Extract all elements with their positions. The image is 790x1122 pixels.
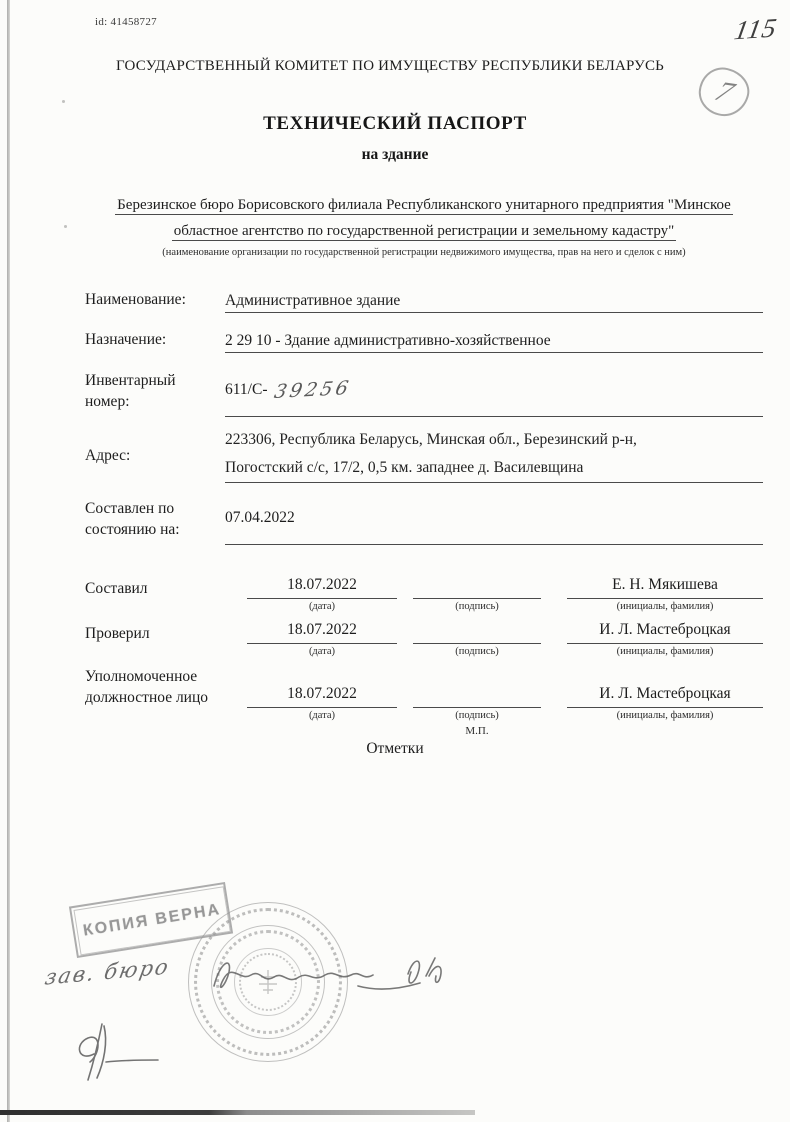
signature-cell: (подпись) М.П. xyxy=(413,685,541,725)
organization-caption: (наименование организации по государстве… xyxy=(85,247,763,258)
field-address-label: Адрес: xyxy=(85,445,210,466)
scan-speck xyxy=(64,225,67,228)
date-caption: (дата) xyxy=(247,708,397,725)
name-cell: И. Л. Мастеброцкая (инициалы, фамилия) xyxy=(567,621,763,661)
field-inventory-row: Инвентарный номер: 611/С- 39256 xyxy=(85,364,763,417)
field-address-value: 223306, Республика Беларусь, Минская обл… xyxy=(225,426,763,484)
committee-header: ГОСУДАРСТВЕННЫЙ КОМИТЕТ ПО ИМУЩЕСТВУ РЕС… xyxy=(60,58,720,75)
handwritten-position-note: зав. бюро xyxy=(43,954,172,989)
date-value: 18.07.2022 xyxy=(247,685,397,708)
field-inventory-value: 611/С- 39256 xyxy=(225,364,763,417)
date-caption: (дата) xyxy=(247,599,397,616)
name-caption: (инициалы, фамилия) xyxy=(567,599,763,616)
address-line2: Погостский с/с, 17/2, 0,5 км. западнее д… xyxy=(225,454,763,483)
signature-line xyxy=(413,621,541,644)
field-address-row: Адрес: 223306, Республика Беларусь, Минс… xyxy=(85,426,763,484)
date-cell: 18.07.2022 (дата) xyxy=(247,685,397,725)
signature-row-authorized: Уполномоченное должностное лицо 18.07.20… xyxy=(85,666,763,725)
signature-caption: (подпись) xyxy=(413,708,541,725)
inventory-number-handwritten: 39256 xyxy=(273,377,354,403)
field-asof-value: 07.04.2022 xyxy=(225,492,763,545)
date-value: 18.07.2022 xyxy=(247,621,397,644)
signature-cell: (подпись) xyxy=(413,576,541,616)
role-label: Проверил xyxy=(85,623,247,661)
seal-place-mark: М.П. xyxy=(413,725,541,737)
field-name-row: Наименование: Административное здание xyxy=(85,284,763,313)
field-purpose-row: Назначение: 2 29 10 - Здание администрат… xyxy=(85,324,763,353)
organization-name-line2: областное агентство по государственной р… xyxy=(85,218,763,244)
signature-cell: (подпись) xyxy=(413,621,541,661)
handwritten-flourish xyxy=(66,1018,186,1088)
name-value: Е. Н. Мякишева xyxy=(567,576,763,599)
address-line1: 223306, Республика Беларусь, Минская обл… xyxy=(225,426,763,454)
name-caption: (инициалы, фамилия) xyxy=(567,708,763,725)
scan-id: id: 41458727 xyxy=(95,16,157,28)
name-value: И. Л. Мастеброцкая xyxy=(567,685,763,708)
document-title: ТЕХНИЧЕСКИЙ ПАСПОРТ xyxy=(0,113,790,135)
organization-name-line1: Березинское бюро Борисовского филиала Ре… xyxy=(85,192,763,218)
name-cell: И. Л. Мастеброцкая (инициалы, фамилия) xyxy=(567,685,763,725)
field-asof-label: Составлен по состоянию на: xyxy=(85,498,210,540)
scan-left-edge-artifact xyxy=(7,0,10,1122)
signature-caption: (подпись) xyxy=(413,599,541,616)
role-label: Составил xyxy=(85,578,247,616)
date-cell: 18.07.2022 (дата) xyxy=(247,576,397,616)
field-inventory-label: Инвентарный номер: xyxy=(85,370,210,412)
date-cell: 18.07.2022 (дата) xyxy=(247,621,397,661)
signature-line xyxy=(413,685,541,708)
inventory-number-printed: 611/С- xyxy=(225,381,267,399)
scan-speck xyxy=(62,100,65,103)
page-number-handwritten: 115 xyxy=(732,13,780,47)
name-cell: Е. Н. Мякишева (инициалы, фамилия) xyxy=(567,576,763,616)
organization-block: Березинское бюро Борисовского филиала Ре… xyxy=(85,192,763,258)
fields-section: Наименование: Административное здание На… xyxy=(85,284,763,554)
official-signature-handwritten xyxy=(208,942,458,1007)
document-page: id: 41458727 115 ГОСУДАРСТВЕННЫЙ КОМИТЕТ… xyxy=(0,0,790,1122)
field-name-label: Наименование: xyxy=(85,289,210,313)
name-value: И. Л. Мастеброцкая xyxy=(567,621,763,644)
field-purpose-value: 2 29 10 - Здание административно-хозяйст… xyxy=(225,332,763,353)
signature-row-checked: Проверил 18.07.2022 (дата) (подпись) И. … xyxy=(85,621,763,661)
field-name-value: Административное здание xyxy=(225,292,763,313)
signature-line xyxy=(413,576,541,599)
field-asof-row: Составлен по состоянию на: 07.04.2022 xyxy=(85,492,763,545)
field-purpose-label: Назначение: xyxy=(85,329,210,353)
signature-row-compiled: Составил 18.07.2022 (дата) (подпись) Е. … xyxy=(85,576,763,616)
name-caption: (инициалы, фамилия) xyxy=(567,644,763,661)
date-value: 18.07.2022 xyxy=(247,576,397,599)
notes-title: Отметки xyxy=(0,740,790,758)
date-caption: (дата) xyxy=(247,644,397,661)
circled-number: 7 xyxy=(710,78,738,107)
document-subtitle: на здание xyxy=(0,146,790,164)
signatures-section: Составил 18.07.2022 (дата) (подпись) Е. … xyxy=(85,576,763,730)
signature-caption: (подпись) xyxy=(413,644,541,661)
scan-bottom-edge-artifact xyxy=(0,1110,475,1115)
role-label: Уполномоченное должностное лицо xyxy=(85,666,247,725)
